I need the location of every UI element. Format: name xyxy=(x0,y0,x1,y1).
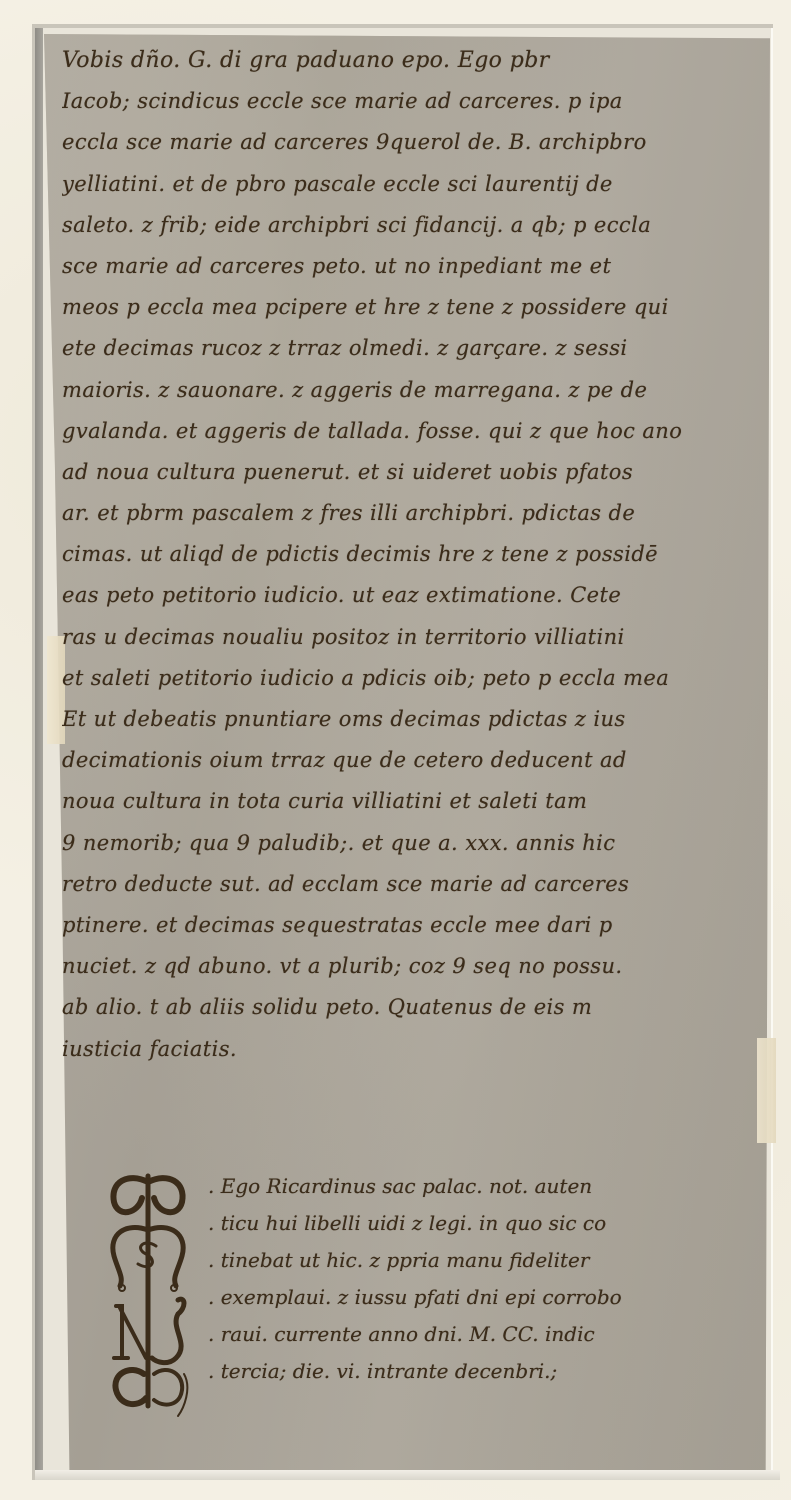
subscription-line-3: . tinebat ut hic. z ppria manu fideliter xyxy=(208,1242,768,1279)
text-line-10: gvalanda. et aggeris de tallada. fosse. … xyxy=(62,411,762,452)
text-line-19: noua cultura in tota curia villiatini et… xyxy=(62,781,762,822)
text-line-20: 9 nemorib; qua 9 paludib;. et que a. xxx… xyxy=(62,823,762,864)
text-line-25: iusticia faciatis. xyxy=(62,1029,762,1070)
notary-signum-monogram-icon xyxy=(98,1168,198,1418)
text-line-16: et saleti petitorio iudicio a pdicis oib… xyxy=(62,658,762,699)
subscription-line-2: . ticu hui libelli uidi z legi. in quo s… xyxy=(208,1205,768,1242)
mount-left-edge xyxy=(35,28,43,1472)
text-line-7: meos p eccla mea pcipere et hre z tene z… xyxy=(62,287,762,328)
text-line-8: ete decimas rucoz z trraz olmedi. z garç… xyxy=(62,328,762,369)
subscription-line-4: . exemplaui. z iussu pfati dni epi corro… xyxy=(208,1279,768,1316)
text-line-15: ras u decimas noualiu positoz in territo… xyxy=(62,617,762,658)
text-line-2: Iacob; scindicus eccle sce marie ad carc… xyxy=(62,81,762,122)
text-line-18: decimationis oium trraz que de cetero de… xyxy=(62,740,762,781)
text-line-13: cimas. ut aliqd de pdictis decimis hre z… xyxy=(62,534,762,575)
subscription-line-6: . tercia; die. vi. intrante decenbri.; xyxy=(208,1353,768,1390)
text-line-23: nuciet. z qd abuno. vt a plurib; coz 9 s… xyxy=(62,946,762,987)
text-line-3: eccla sce marie ad carceres 9querol de. … xyxy=(62,122,762,163)
text-line-1: Vobis dño. G. di gra paduano epo. Ego pb… xyxy=(62,40,762,81)
text-line-24: ab alio. t ab aliis solidu peto. Quatenu… xyxy=(62,987,762,1028)
subscription-line-5: . raui. currente anno dni. M. CC. indic xyxy=(208,1316,768,1353)
text-line-11: ad noua cultura puenerut. et si uideret … xyxy=(62,452,762,493)
text-line-9: maioris. z sauonare. z aggeris de marreg… xyxy=(62,370,762,411)
notary-subscription-text: . Ego Ricardinus sac palac. not. auten .… xyxy=(208,1168,768,1390)
text-line-17: Et ut debeatis pnuntiare oms decimas pdi… xyxy=(62,699,762,740)
subscription-line-1: . Ego Ricardinus sac palac. not. auten xyxy=(208,1168,768,1205)
text-line-6: sce marie ad carceres peto. ut no inpedi… xyxy=(62,246,762,287)
text-line-22: ptinere. et decimas sequestratas eccle m… xyxy=(62,905,762,946)
mount-bottom-edge xyxy=(35,1470,780,1480)
text-line-5: saleto. z frib; eide archipbri sci fidan… xyxy=(62,205,762,246)
text-line-12: ar. et pbrm pascalem z fres illi archipb… xyxy=(62,493,762,534)
charter-body-text: Vobis dño. G. di gra paduano epo. Ego pb… xyxy=(62,40,762,1070)
text-line-14: eas peto petitorio iudicio. ut eaz extim… xyxy=(62,575,762,616)
text-line-21: retro deducte sut. ad ecclam sce marie a… xyxy=(62,864,762,905)
text-line-4: yelliatini. et de pbro pascale eccle sci… xyxy=(62,164,762,205)
